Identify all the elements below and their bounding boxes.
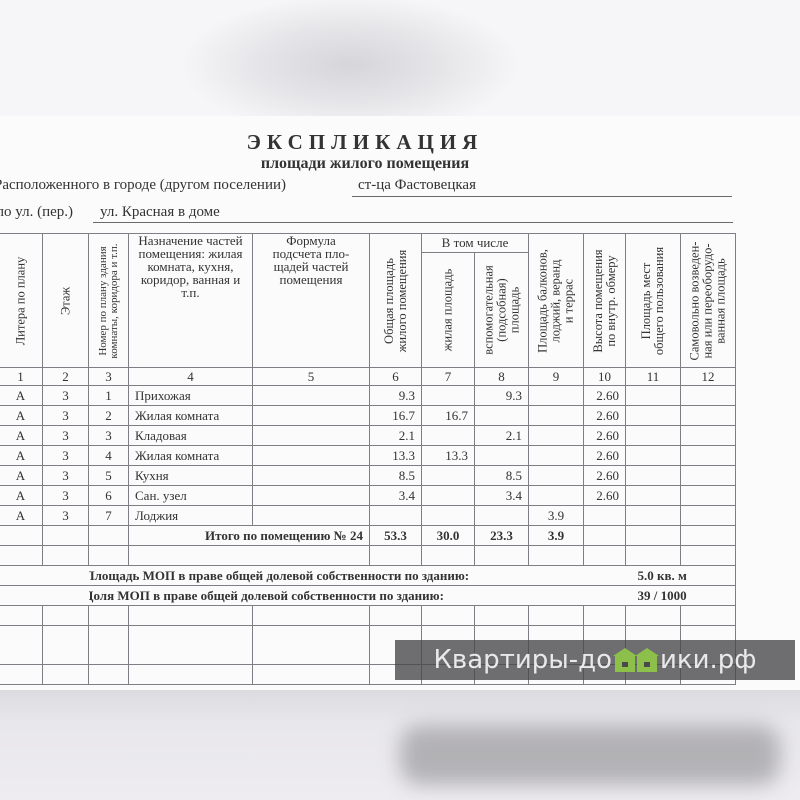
totals-balcony: 3.9 xyxy=(529,526,584,546)
totals-living: 30.0 xyxy=(422,526,475,546)
mop-share-value: 39 / 1000 xyxy=(626,586,736,606)
cell-living xyxy=(422,506,475,526)
mop-share-label: Доля МОП в праве общей долевой собственн… xyxy=(89,586,626,606)
cell-num: 3 xyxy=(89,426,129,446)
cell-height: 2.60 xyxy=(584,426,626,446)
cell-floor: 3 xyxy=(43,466,89,486)
street-label: по ул. (пер.) xyxy=(0,204,73,221)
cell-height: 2.60 xyxy=(584,446,626,466)
cell-num: 6 xyxy=(89,486,129,506)
cell-total xyxy=(370,506,422,526)
cell-height: 2.60 xyxy=(584,486,626,506)
location-value: ст-ца Фастовецкая xyxy=(358,177,476,194)
cell-litera: А xyxy=(0,446,43,466)
cell-litera: А xyxy=(0,506,43,526)
cell-formula xyxy=(253,506,370,526)
table-row: А32Жилая комната16.716.72.60 xyxy=(0,406,736,426)
cell-common xyxy=(626,406,681,426)
cell-name: Сан. узел xyxy=(129,486,253,506)
cell-unauthorized xyxy=(681,446,736,466)
cell-litera: А xyxy=(0,386,43,406)
houses-icon xyxy=(613,646,659,674)
empty-row xyxy=(0,606,736,626)
cell-common xyxy=(626,466,681,486)
cell-balcony xyxy=(529,426,584,446)
cell-living: 16.7 xyxy=(422,406,475,426)
street-underline xyxy=(93,222,733,223)
cell-aux xyxy=(475,406,529,426)
cell-total: 2.1 xyxy=(370,426,422,446)
cell-aux: 2.1 xyxy=(475,426,529,446)
cell-balcony xyxy=(529,406,584,426)
cell-total: 8.5 xyxy=(370,466,422,486)
cell-balcony xyxy=(529,386,584,406)
table-row: А33Кладовая2.12.12.60 xyxy=(0,426,736,446)
cell-floor: 3 xyxy=(43,486,89,506)
document-subtitle: площади жилого помещения xyxy=(0,155,730,173)
cell-living xyxy=(422,386,475,406)
location-underline xyxy=(352,196,732,197)
cell-total: 13.3 xyxy=(370,446,422,466)
watermark-text-end: ики.рф xyxy=(660,645,757,675)
cell-total: 3.4 xyxy=(370,486,422,506)
totals-row: Итого по помещению № 24 53.3 30.0 23.3 3… xyxy=(0,526,736,546)
cell-litera: А xyxy=(0,466,43,486)
cell-name: Лоджия xyxy=(129,506,253,526)
cell-unauthorized xyxy=(681,406,736,426)
cell-living xyxy=(422,466,475,486)
header-floor: Этаж xyxy=(43,234,89,368)
cell-unauthorized xyxy=(681,426,736,446)
cell-num: 7 xyxy=(89,506,129,526)
header-aux-area: вспомогательная(подсобная)площадь xyxy=(475,253,529,368)
document-title: ЭКСПЛИКАЦИЯ xyxy=(0,130,730,155)
cell-floor: 3 xyxy=(43,426,89,446)
cell-common xyxy=(626,446,681,466)
watermark-text-start: Квартиры-до xyxy=(433,645,612,675)
mop-share-row: Доля МОП в праве общей долевой собственн… xyxy=(0,586,736,606)
cell-formula xyxy=(253,466,370,486)
cell-formula xyxy=(253,406,370,426)
cell-unauthorized xyxy=(681,386,736,406)
table-row: А37Лоджия3.9 xyxy=(0,506,736,526)
explication-table: Литера по плану Этаж Номер по плану здан… xyxy=(0,233,736,685)
cell-height: 2.60 xyxy=(584,406,626,426)
totals-aux: 23.3 xyxy=(475,526,529,546)
cell-unauthorized xyxy=(681,466,736,486)
cell-floor: 3 xyxy=(43,446,89,466)
header-litera: Литера по плану xyxy=(0,234,43,368)
cell-name: Прихожая xyxy=(129,386,253,406)
header-unauthorized: Самовольно возведен-ная или переоборудо-… xyxy=(681,234,736,368)
table-row: А35Кухня8.58.52.60 xyxy=(0,466,736,486)
header-balcony: Площадь балконов,лоджий, веранди террас xyxy=(529,234,584,368)
cell-balcony xyxy=(529,446,584,466)
cell-floor: 3 xyxy=(43,506,89,526)
location-label: Расположенного в городе (другом поселени… xyxy=(0,177,286,194)
header-number: Номер по плану зданиякомнаты, коридора и… xyxy=(89,234,129,368)
cell-aux: 3.4 xyxy=(475,486,529,506)
cell-name: Кухня xyxy=(129,466,253,486)
header-living-area: жилая площадь xyxy=(422,253,475,368)
cell-aux: 8.5 xyxy=(475,466,529,486)
cell-common xyxy=(626,486,681,506)
header-including: В том числе xyxy=(422,234,529,253)
cell-floor: 3 xyxy=(43,386,89,406)
cell-aux xyxy=(475,506,529,526)
mop-area-label: Площадь МОП в праве общей долевой собств… xyxy=(89,566,626,586)
cell-num: 4 xyxy=(89,446,129,466)
cell-litera: А xyxy=(0,406,43,426)
cell-total: 9.3 xyxy=(370,386,422,406)
cell-litera: А xyxy=(0,486,43,506)
cell-common xyxy=(626,426,681,446)
cell-unauthorized xyxy=(681,506,736,526)
cell-unauthorized xyxy=(681,486,736,506)
cell-num: 1 xyxy=(89,386,129,406)
cell-floor: 3 xyxy=(43,406,89,426)
cell-common xyxy=(626,506,681,526)
header-formula: Формула подсчета пло-щадей частей помеще… xyxy=(253,234,370,368)
cell-name: Жилая комната xyxy=(129,446,253,466)
cell-litera: А xyxy=(0,426,43,446)
totals-total: 53.3 xyxy=(370,526,422,546)
empty-row xyxy=(0,546,736,566)
cell-formula xyxy=(253,446,370,466)
cell-balcony xyxy=(529,466,584,486)
street-value: ул. Красная в доме xyxy=(100,204,220,221)
cell-aux: 9.3 xyxy=(475,386,529,406)
cell-living: 13.3 xyxy=(422,446,475,466)
table-row: А31Прихожая9.39.32.60 xyxy=(0,386,736,406)
cell-height: 2.60 xyxy=(584,386,626,406)
table-row: А36Сан. узел3.43.42.60 xyxy=(0,486,736,506)
cell-num: 2 xyxy=(89,406,129,426)
cell-name: Жилая комната xyxy=(129,406,253,426)
background-top xyxy=(0,0,800,118)
header-height: Высота помещенияпо внутр. обмеру xyxy=(584,234,626,368)
cell-balcony xyxy=(529,486,584,506)
cell-common xyxy=(626,386,681,406)
cell-formula xyxy=(253,386,370,406)
cell-formula xyxy=(253,486,370,506)
header-common-area: Площадь местобщего пользования xyxy=(626,234,681,368)
cell-height: 2.60 xyxy=(584,466,626,486)
mop-area-row: Площадь МОП в праве общей долевой собств… xyxy=(0,566,736,586)
cell-living xyxy=(422,486,475,506)
cell-living xyxy=(422,426,475,446)
cell-height xyxy=(584,506,626,526)
table-row: А34Жилая комната13.313.32.60 xyxy=(0,446,736,466)
blurred-object xyxy=(400,725,780,785)
header-row-1: Литера по плану Этаж Номер по плану здан… xyxy=(0,234,736,253)
cell-total: 16.7 xyxy=(370,406,422,426)
mop-area-value: 5.0 кв. м xyxy=(626,566,736,586)
header-purpose: Назначение частей помещения: жилая комна… xyxy=(129,234,253,368)
cell-name: Кладовая xyxy=(129,426,253,446)
cell-balcony: 3.9 xyxy=(529,506,584,526)
cell-num: 5 xyxy=(89,466,129,486)
header-total-area: Общая площадьжилого помещения xyxy=(370,234,422,368)
site-watermark: Квартиры-до ики.рф xyxy=(395,640,795,680)
cell-aux xyxy=(475,446,529,466)
column-numbers-row: 1 2 3 4 5 6 7 8 9 10 11 12 xyxy=(0,368,736,386)
totals-label: Итого по помещению № 24 xyxy=(129,526,370,546)
cell-formula xyxy=(253,426,370,446)
